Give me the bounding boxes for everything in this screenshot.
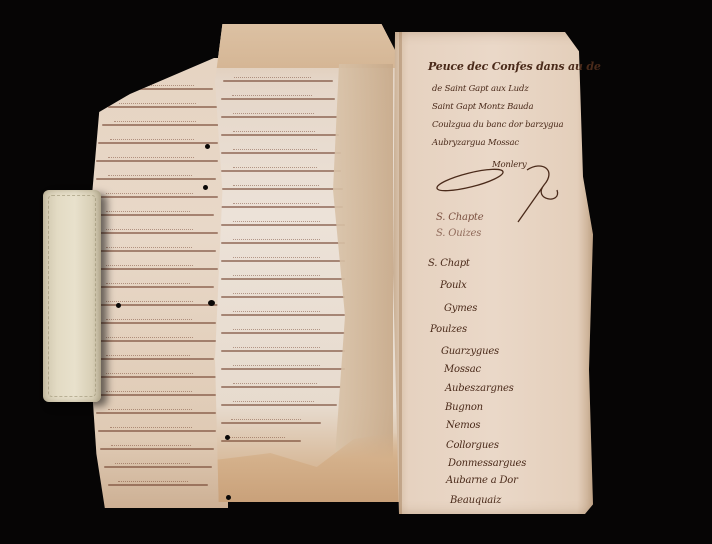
page-fold — [399, 32, 402, 514]
leather-cushion-weight — [43, 190, 101, 402]
list-item: Guarzygues — [441, 346, 499, 357]
list-item: Aubarne a Dor — [446, 475, 518, 486]
list-item: Aubeszargnes — [445, 383, 514, 394]
title-line-1: Peuce dec Confes dans au de — [428, 60, 601, 73]
list-item: Beauquaiz — [450, 495, 501, 506]
list-item: Donmessargues — [448, 458, 526, 469]
title-line-5: Aubryzargua Mossac — [432, 138, 519, 148]
list-item: Poulx — [440, 280, 467, 291]
title-line-2: de Saint Gapt aux Ludz — [432, 84, 528, 94]
manuscript-photo: Peuce dec Confes dans au de de Saint Gap… — [0, 0, 712, 544]
list-item: Gymes — [444, 303, 477, 314]
title-line-4: Coulzgua du banc dor barzygua — [432, 120, 563, 130]
title-line-3: Saint Gapt Montz Bauda — [432, 102, 533, 112]
list-item: Mossac — [444, 364, 481, 375]
list-item: Collorgues — [446, 440, 499, 451]
list-item: S. Chapt — [428, 258, 470, 269]
annotation-1: S. Chapte — [436, 212, 483, 223]
faded-script-left — [88, 58, 228, 508]
torn-leaf-middle — [215, 24, 400, 502]
annotation-2: S. Ouizes — [436, 228, 481, 239]
parchment-repair-strip — [333, 64, 393, 484]
list-item: Bugnon — [445, 402, 483, 413]
torn-leaf-left — [88, 58, 228, 508]
list-item: Poulzes — [430, 324, 467, 335]
list-item: Nemos — [446, 420, 480, 431]
